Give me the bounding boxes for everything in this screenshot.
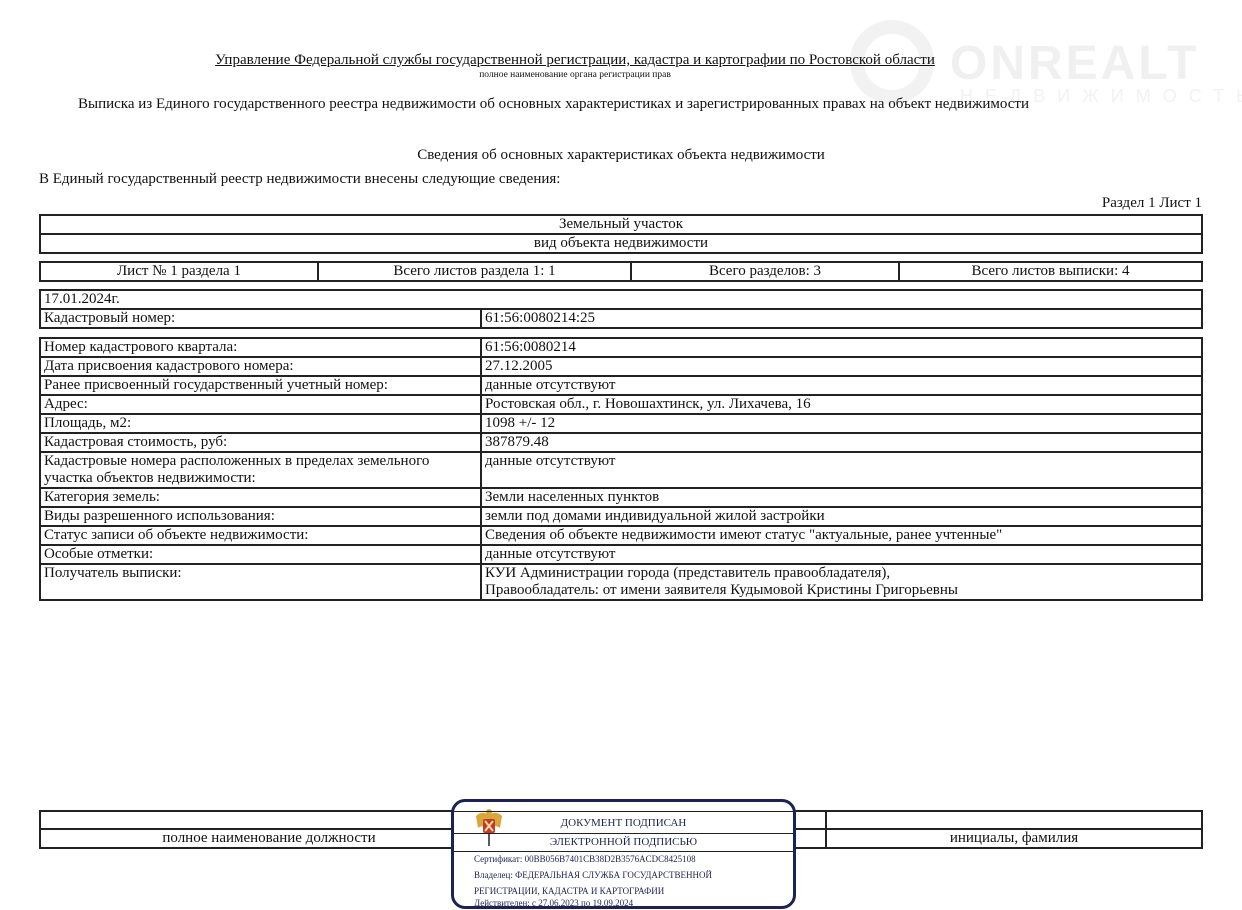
row-value: земли под домами индивидуальной жилой за… <box>481 507 1202 526</box>
object-type-value: Земельный участок <box>40 215 1202 234</box>
table-row: Дата присвоения кадастрового номера:27.1… <box>40 357 1202 376</box>
table-row: Кадастровые номера расположенных в преде… <box>40 452 1202 488</box>
stamp-line-1: ДОКУМЕНТ ПОДПИСАН <box>454 817 793 829</box>
stamp-owner-2: РЕГИСТРАЦИИ, КАДАСТРА И КАРТОГРАФИИ <box>474 886 664 896</box>
sheets-in-section: Всего листов раздела 1: 1 <box>318 262 631 281</box>
position-field <box>40 811 498 829</box>
characteristics-table: Номер кадастрового квартала:61:56:008021… <box>39 337 1203 601</box>
object-type-caption: вид объекта недвижимости <box>40 234 1202 253</box>
table-row: Категория земель:Земли населенных пункто… <box>40 488 1202 507</box>
section-title: Сведения об основных характеристиках объ… <box>0 147 1242 164</box>
stamp-line-2: ЭЛЕКТРОННОЙ ПОДПИСЬЮ <box>454 836 793 848</box>
row-label: Адрес: <box>40 395 481 414</box>
sheets-table: Лист № 1 раздела 1 Всего листов раздела … <box>39 261 1203 282</box>
table-row: Номер кадастрового квартала:61:56:008021… <box>40 338 1202 357</box>
row-value-line: КУИ Администрации города (представитель … <box>485 565 1198 582</box>
row-label: Статус записи об объекте недвижимости: <box>40 526 481 545</box>
cadastral-number-label: Кадастровый номер: <box>40 309 481 328</box>
row-value: данные отсутствуют <box>481 452 1202 488</box>
section-sheet-label: Раздел 1 Лист 1 <box>1102 195 1202 212</box>
organization-caption: полное наименование органа регистрации п… <box>0 70 1150 80</box>
table-row: Особые отметки:данные отсутствуют <box>40 545 1202 564</box>
electronic-signature-stamp: ДОКУМЕНТ ПОДПИСАН ЭЛЕКТРОННОЙ ПОДПИСЬЮ С… <box>451 799 796 909</box>
sheet-number: Лист № 1 раздела 1 <box>40 262 318 281</box>
row-label: Кадастровые номера расположенных в преде… <box>40 452 481 488</box>
table-row: Виды разрешенного использования:земли по… <box>40 507 1202 526</box>
extract-date: 17.01.2024г. <box>40 290 1202 309</box>
row-value: 27.12.2005 <box>481 357 1202 376</box>
name-caption: инициалы, фамилия <box>826 829 1202 848</box>
row-value: 387879.48 <box>481 433 1202 452</box>
row-value: Земли населенных пунктов <box>481 488 1202 507</box>
organization-name: Управление Федеральной службы государств… <box>0 52 1150 69</box>
table-row: Адрес:Ростовская обл., г. Новошахтинск, … <box>40 395 1202 414</box>
row-label: Виды разрешенного использования: <box>40 507 481 526</box>
row-label: Ранее присвоенный государственный учетны… <box>40 376 481 395</box>
name-field <box>826 811 1202 829</box>
stamp-validity: Действителен: с 27.06.2023 по 19.09.2024 <box>474 898 633 908</box>
row-value: данные отсутствуют <box>481 376 1202 395</box>
row-label: Номер кадастрового квартала: <box>40 338 481 357</box>
total-sections: Всего разделов: 3 <box>631 262 899 281</box>
row-value: Сведения об объекте недвижимости имеют с… <box>481 526 1202 545</box>
table-row: Площадь, м2:1098 +/- 12 <box>40 414 1202 433</box>
row-label: Площадь, м2: <box>40 414 481 433</box>
intro-text: В Единый государственный реестр недвижим… <box>39 171 560 188</box>
row-value: 61:56:0080214 <box>481 338 1202 357</box>
stamp-certificate: Сертификат: 00BB056B7401CB38D2B3576ACDC8… <box>474 854 696 864</box>
stamp-rule <box>454 851 793 852</box>
table-row: Статус записи об объекте недвижимости:Св… <box>40 526 1202 545</box>
stamp-rule <box>454 811 793 812</box>
row-label: Получатель выписки: <box>40 564 481 600</box>
document-title: Выписка из Единого государственного реес… <box>78 96 1029 113</box>
table-row: Кадастровая стоимость, руб:387879.48 <box>40 433 1202 452</box>
row-value: КУИ Администрации города (представитель … <box>481 564 1202 600</box>
header-info-table: 17.01.2024г. Кадастровый номер: 61:56:00… <box>39 289 1203 329</box>
row-label: Особые отметки: <box>40 545 481 564</box>
row-value: 1098 +/- 12 <box>481 414 1202 433</box>
row-value: Ростовская обл., г. Новошахтинск, ул. Ли… <box>481 395 1202 414</box>
cadastral-number-value: 61:56:0080214:25 <box>481 309 1202 328</box>
row-label: Дата присвоения кадастрового номера: <box>40 357 481 376</box>
position-caption: полное наименование должности <box>40 829 498 848</box>
stamp-owner-1: Владелец: ФЕДЕРАЛЬНАЯ СЛУЖБА ГОСУДАРСТВЕ… <box>474 870 712 880</box>
stamp-rule <box>454 833 793 834</box>
row-label: Категория земель: <box>40 488 481 507</box>
total-sheets: Всего листов выписки: 4 <box>899 262 1202 281</box>
table-row: Получатель выписки:КУИ Администрации гор… <box>40 564 1202 600</box>
row-value: данные отсутствуют <box>481 545 1202 564</box>
table-row: Ранее присвоенный государственный учетны… <box>40 376 1202 395</box>
object-type-table: Земельный участок вид объекта недвижимос… <box>39 214 1203 254</box>
row-value-line: Правообладатель: от имени заявителя Куды… <box>485 582 1198 599</box>
row-label: Кадастровая стоимость, руб: <box>40 433 481 452</box>
